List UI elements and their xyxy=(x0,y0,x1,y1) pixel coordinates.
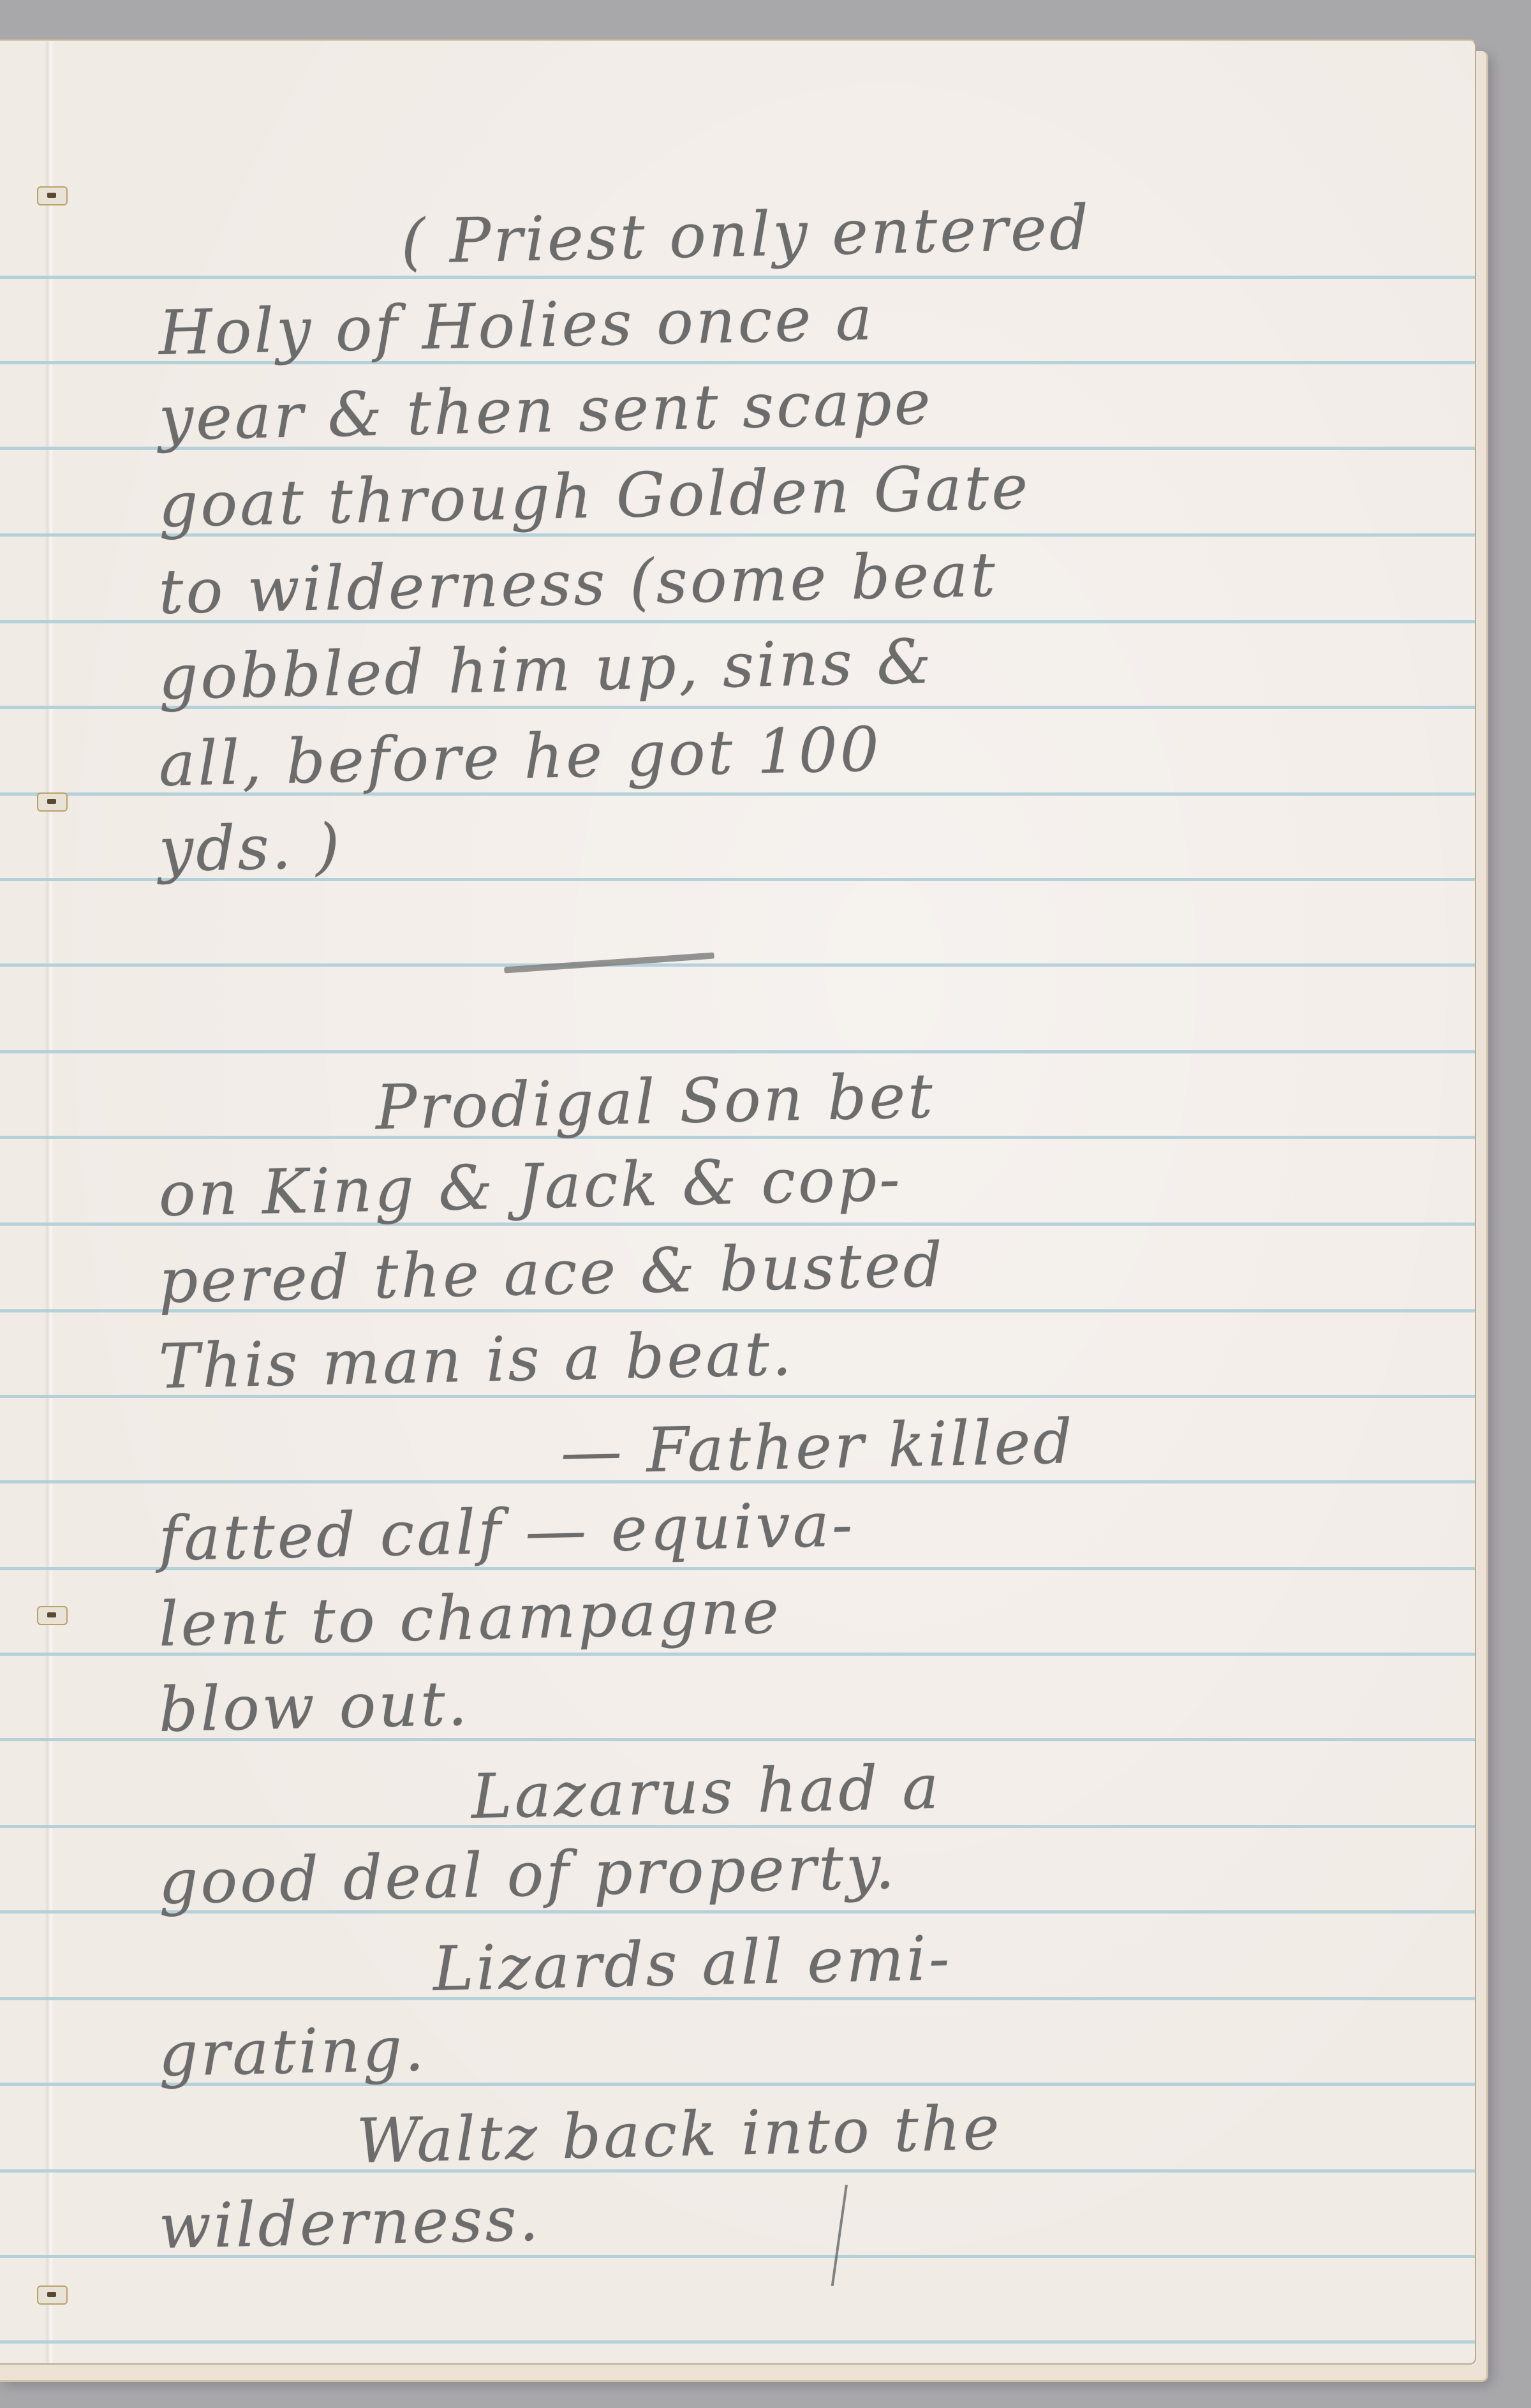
staple-hole xyxy=(37,2285,68,2305)
ruled-line xyxy=(0,1050,1475,1053)
staple-hole xyxy=(37,1606,68,1625)
staple-hole xyxy=(37,186,68,205)
handwritten-line: fatted calf — equiva- xyxy=(158,1489,856,1575)
handwritten-line: all, before he got 100 xyxy=(158,713,882,800)
handwritten-line: wilderness. xyxy=(158,2183,542,2263)
handwritten-line: — Father killed xyxy=(560,1406,1076,1488)
handwritten-line: good deal of property. xyxy=(158,1831,898,1918)
handwritten-line: Lizards all emi- xyxy=(433,1922,953,2005)
handwritten-line: on King & Jack & cop- xyxy=(158,1143,903,1230)
binding-fold xyxy=(45,41,54,2363)
handwritten-line: Waltz back into the xyxy=(356,2092,1003,2177)
handwritten-line: grating. xyxy=(158,2013,427,2090)
handwritten-line: Prodigal Son bet xyxy=(375,1060,936,1143)
handwritten-line: gobbled him up, sins & xyxy=(158,626,935,713)
handwritten-line: ( Priest only entered xyxy=(133,192,1092,283)
notebook-page: ( Priest only entered Holy of Holies onc… xyxy=(0,40,1476,2365)
handwritten-line: blow out. xyxy=(158,1668,471,1746)
handwritten-line: yds. ) xyxy=(158,810,343,886)
handwritten-line: to wilderness (some beat xyxy=(158,539,998,628)
handwritten-line: This man is a beat. xyxy=(158,1318,795,1402)
handwritten-line: Lazarus had a xyxy=(471,1751,942,1832)
section-divider-stroke xyxy=(504,953,714,974)
ruled-line xyxy=(0,963,1475,967)
handwritten-line: year & then sent scape xyxy=(158,367,934,454)
staple-hole xyxy=(37,792,68,812)
handwritten-line: lent to champagne xyxy=(158,1576,782,1660)
ruled-line xyxy=(0,1136,1475,1139)
handwritten-line: Holy of Holies once a xyxy=(158,283,875,369)
handwritten-line: pered the ace & busted xyxy=(158,1229,945,1317)
ruled-line xyxy=(0,2169,1475,2173)
handwritten-line: goat through Golden Gate xyxy=(158,451,1031,541)
ruled-line xyxy=(0,2340,1475,2344)
closing-parenthesis-stroke xyxy=(831,2185,848,2286)
